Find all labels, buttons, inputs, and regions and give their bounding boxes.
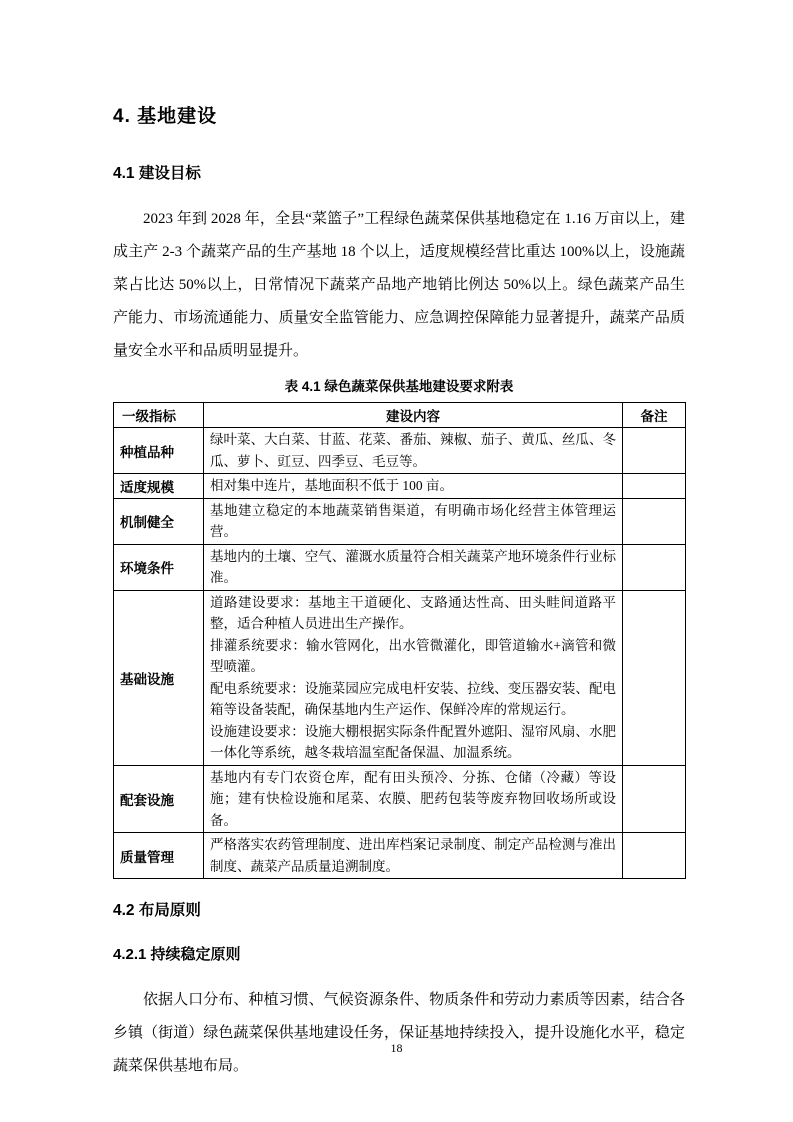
note-cell <box>623 498 686 544</box>
goal-paragraph: 2023 年到 2028 年，全县“菜篮子”工程绿色蔬菜保供基地稳定在 1.16… <box>113 203 685 368</box>
content-cell: 基地建立稳定的本地蔬菜销售渠道，有明确市场化经营主体管理运营。 <box>204 498 623 544</box>
indicator-cell: 质量管理 <box>114 833 204 879</box>
indicator-cell: 适度规模 <box>114 474 204 499</box>
page-content: 4. 基地建设 4.1 建设目标 2023 年到 2028 年，全县“菜篮子”工… <box>113 0 685 1083</box>
section-heading-goal: 4.1 建设目标 <box>113 161 685 183</box>
table-row: 环境条件 基地内的土壤、空气、灌溉水质量符合相关蔬菜产地环境条件行业标准。 <box>114 544 686 590</box>
chapter-heading: 4. 基地建设 <box>113 101 685 128</box>
header-indicator: 一级指标 <box>114 403 204 428</box>
table-row: 机制健全 基地建立稳定的本地蔬菜销售渠道，有明确市场化经营主体管理运营。 <box>114 498 686 544</box>
requirements-table: 一级指标 建设内容 备注 种植品种 绿叶菜、大白菜、甘蓝、花菜、番茄、辣椒、茄子… <box>113 402 686 879</box>
note-cell <box>623 833 686 879</box>
table-row: 适度规模 相对集中连片，基地面积不低于 100 亩。 <box>114 474 686 499</box>
table-row: 种植品种 绿叶菜、大白菜、甘蓝、花菜、番茄、辣椒、茄子、黄瓜、丝瓜、冬瓜、萝卜、… <box>114 428 686 474</box>
stable-paragraph: 依据人口分布、种植习惯、气候资源条件、物质条件和劳动力素质等因素，结合各乡镇（街… <box>113 984 685 1083</box>
table-row: 质量管理 严格落实农药管理制度、进出库档案记录制度、制定产品检测与准出制度、蔬菜… <box>114 833 686 879</box>
note-cell <box>623 590 686 765</box>
table-caption: 表 4.1 绿色蔬菜保供基地建设要求附表 <box>113 375 685 395</box>
note-cell <box>623 544 686 590</box>
indicator-cell: 种植品种 <box>114 428 204 474</box>
content-cell: 绿叶菜、大白菜、甘蓝、花菜、番茄、辣椒、茄子、黄瓜、丝瓜、冬瓜、萝卜、豇豆、四季… <box>204 428 623 474</box>
content-cell: 基地内有专门农资仓库，配有田头预冷、分拣、仓储（冷藏）等设施；建有快检设施和尾菜… <box>204 765 623 833</box>
header-note: 备注 <box>623 403 686 428</box>
indicator-cell: 基础设施 <box>114 590 204 765</box>
note-cell <box>623 474 686 499</box>
content-cell: 严格落实农药管理制度、进出库档案记录制度、制定产品检测与准出制度、蔬菜产品质量追… <box>204 833 623 879</box>
indicator-cell: 配套设施 <box>114 765 204 833</box>
indicator-cell: 环境条件 <box>114 544 204 590</box>
section-heading-layout: 4.2 布局原则 <box>113 898 685 920</box>
note-cell <box>623 765 686 833</box>
subsection-heading-stable: 4.2.1 持续稳定原则 <box>113 943 685 964</box>
indicator-cell: 机制健全 <box>114 498 204 544</box>
note-cell <box>623 428 686 474</box>
table-header-row: 一级指标 建设内容 备注 <box>114 403 686 428</box>
content-cell: 道路建设要求：基地主干道硬化、支路通达性高、田头畦间道路平整，适合种植人员进出生… <box>204 590 623 765</box>
table-row: 基础设施 道路建设要求：基地主干道硬化、支路通达性高、田头畦间道路平整，适合种植… <box>114 590 686 765</box>
header-content: 建设内容 <box>204 403 623 428</box>
content-cell: 相对集中连片，基地面积不低于 100 亩。 <box>204 474 623 499</box>
table-row: 配套设施 基地内有专门农资仓库，配有田头预冷、分拣、仓储（冷藏）等设施；建有快检… <box>114 765 686 833</box>
page-number: 18 <box>0 1041 793 1056</box>
content-cell: 基地内的土壤、空气、灌溉水质量符合相关蔬菜产地环境条件行业标准。 <box>204 544 623 590</box>
document-page: 4. 基地建设 4.1 建设目标 2023 年到 2028 年，全县“菜篮子”工… <box>0 0 793 1122</box>
